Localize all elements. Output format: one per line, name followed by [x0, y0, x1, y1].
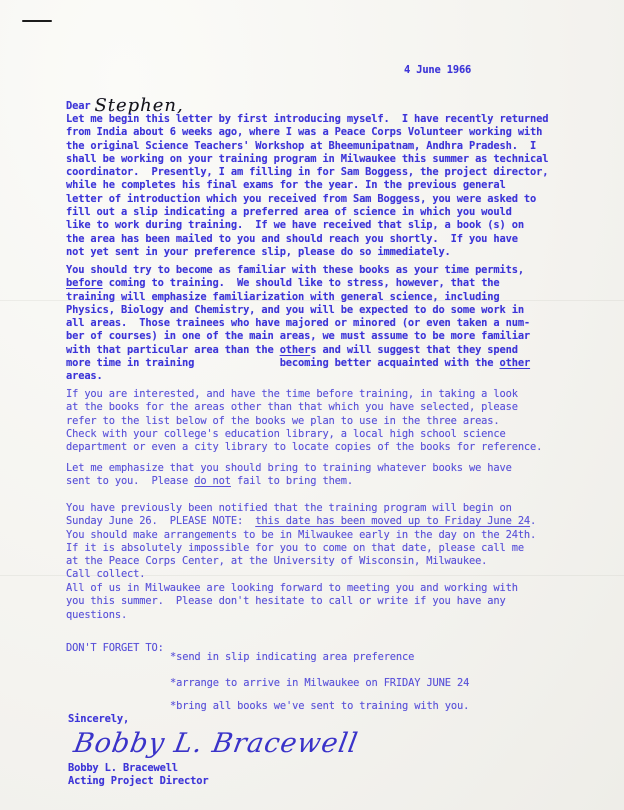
text-line: the area has been mailed to you and shou… [66, 233, 548, 246]
underlined-emphasis: other [500, 357, 531, 369]
salutation: DearStephen, [66, 97, 180, 113]
text-line: with that particular area than the other… [66, 344, 530, 357]
text-line: before coming to training. We should lik… [66, 277, 530, 290]
signer-title: Acting Project Director [68, 776, 208, 789]
underlined-emphasis: this date has been moved up to Friday Ju… [255, 515, 530, 527]
text-line: Let me begin this letter by first introd… [66, 113, 548, 126]
text-line: Check with your college's education libr… [66, 428, 542, 441]
text-line: like to work during training. If we have… [66, 219, 548, 232]
text-line: areas. [66, 370, 530, 383]
text-line: at the books for the areas other than th… [66, 401, 542, 414]
closing: Sincerely, [68, 713, 129, 726]
text-line: department or even a city library to loc… [66, 441, 542, 454]
paragraph-familiarization: You should try to become as familiar wit… [66, 264, 530, 384]
text-line: the original Science Teachers' Workshop … [66, 140, 548, 153]
text-line: from India about 6 weeks ago, where I wa… [66, 126, 548, 139]
paragraph-date-change: You have previously been notified that t… [66, 502, 536, 582]
text-line: refer to the list below of the books we … [66, 415, 542, 428]
text-line: If it is absolutely impossible for you t… [66, 542, 536, 555]
letter-date: 4 June 1966 [404, 64, 471, 77]
text-line: Physics, Biology and Chemistry, and you … [66, 304, 530, 317]
text-line: you this summer. Please don't hesitate t… [66, 595, 518, 608]
text-line: at the Peace Corps Center, at the Univer… [66, 555, 536, 568]
salutation-typed: Dear [66, 100, 90, 112]
paragraph-closing-remarks: All of us in Milwaukee are looking forwa… [66, 582, 518, 622]
paragraph-introduction: Let me begin this letter by first introd… [66, 113, 548, 259]
paragraph-other-books: If you are interested, and have the time… [66, 388, 542, 454]
text-line: You should make arrangements to be in Mi… [66, 529, 536, 542]
text-line: If you are interested, and have the time… [66, 388, 542, 401]
text-line: Let me emphasize that you should bring t… [66, 462, 512, 475]
reminder-item: *bring all books we've sent to training … [170, 700, 469, 713]
text-line: You should try to become as familiar wit… [66, 264, 530, 277]
pen-mark [22, 20, 52, 22]
paragraph-bring-books: Let me emphasize that you should bring t… [66, 462, 512, 489]
text-line: ber of courses) in one of the main areas… [66, 330, 530, 343]
reminders-heading: DON'T FORGET TO: [66, 642, 164, 655]
text-line: letter of introduction which you receive… [66, 193, 548, 206]
underlined-emphasis: do not [194, 475, 231, 487]
text-line: questions. [66, 609, 518, 622]
reminder-item: *arrange to arrive in Milwaukee on FRIDA… [170, 677, 469, 690]
text-line: not yet sent in your preference slip, pl… [66, 246, 548, 259]
underlined-emphasis: before [66, 277, 103, 289]
text-line: while he completes his final exams for t… [66, 179, 548, 192]
text-line: sent to you. Please do not fail to bring… [66, 475, 512, 488]
text-line: all areas. Those trainees who have major… [66, 317, 530, 330]
text-line: All of us in Milwaukee are looking forwa… [66, 582, 518, 595]
text-line: Sunday June 26. PLEASE NOTE: this date h… [66, 515, 536, 528]
text-line: more time in training becoming better ac… [66, 357, 530, 370]
text-line: training will emphasize familiarization … [66, 291, 530, 304]
underlined-emphasis: other [280, 344, 311, 356]
text-line: coordinator. Presently, I am filling in … [66, 166, 548, 179]
signer-block: Bobby L. BracewellActing Project Directo… [68, 763, 208, 790]
reminder-item: *send in slip indicating area preference [170, 651, 414, 664]
text-line: shall be working on your training progra… [66, 153, 548, 166]
handwritten-signature: Bobby L. Bracewell [71, 728, 360, 759]
text-line: fill out a slip indicating a preferred a… [66, 206, 548, 219]
text-line: Call collect. [66, 568, 536, 581]
text-line: You have previously been notified that t… [66, 502, 536, 515]
